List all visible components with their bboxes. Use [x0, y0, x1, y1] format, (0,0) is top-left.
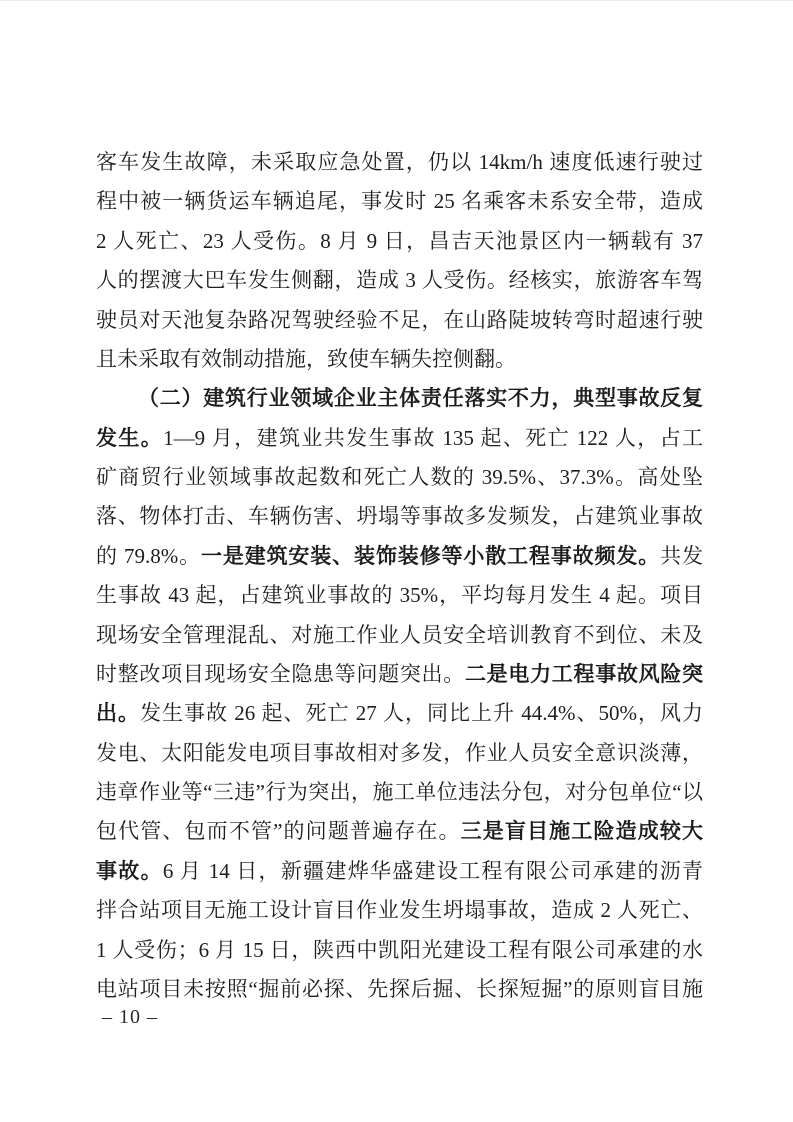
- text-run-hei: 二是电力工程事故风险突: [465, 663, 703, 686]
- text-line: 且未采取有效制动措施，致使车辆失控侧翻。: [96, 340, 703, 379]
- text-run: 1 人受伤；6 月 15 日，陕西中凯阳光建设工程有限公司承建的水: [96, 938, 703, 962]
- text-run: 生事故 43 起，占建筑业事故的 35%，平均每月发生 4 起。项目: [96, 583, 703, 607]
- text-line: 矿商贸行业领域事故起数和死亡人数的 39.5%、37.3%。高处坠: [96, 458, 703, 497]
- text-run-kai: 发生。: [96, 426, 163, 450]
- text-run: 电站项目未按照“掘前必探、先探后掘、长探短掘”的原则盲目施: [96, 977, 703, 1001]
- text-run: 的 79.8%。: [96, 544, 201, 568]
- text-line: 程中被一辆货运车辆追尾，事发时 25 名乘客未系安全带，造成: [96, 182, 703, 221]
- text-run-hei: 三是盲目施工险造成较大: [461, 820, 703, 843]
- text-run-kai: （二）建筑行业领域企业主体责任落实不力，典型事故反复: [138, 386, 703, 410]
- text-line: 拌合站项目无施工设计盲目作业发生坍塌事故，造成 2 人死亡、: [96, 891, 703, 930]
- text-line: 客车发生故障，未采取应急处置，仍以 14km/h 速度低速行驶过: [96, 143, 703, 182]
- text-run: 违章作业等“三违”行为突出，施工单位违法分包，对分包单位“以: [96, 780, 703, 804]
- text-run-hei: 出。: [96, 702, 140, 725]
- text-line: 1 人受伤；6 月 15 日，陕西中凯阳光建设工程有限公司承建的水: [96, 931, 703, 970]
- text-line: 发生。1—9 月，建筑业共发生事故 135 起、死亡 122 人，占工: [96, 419, 703, 458]
- document-body: 客车发生故障，未采取应急处置，仍以 14km/h 速度低速行驶过程中被一辆货运车…: [96, 143, 703, 1009]
- text-run: 人的摆渡大巴车发生侧翻，造成 3 人受伤。经核实，旅游客车驾: [96, 268, 703, 292]
- text-line: 电站项目未按照“掘前必探、先探后掘、长探短掘”的原则盲目施: [96, 970, 703, 1009]
- text-run: 共发: [660, 544, 703, 568]
- text-run-hei: 事故。: [96, 860, 163, 883]
- document-page: 客车发生故障，未采取应急处置，仍以 14km/h 速度低速行驶过程中被一辆货运车…: [0, 0, 793, 1122]
- text-run: 客车发生故障，未采取应急处置，仍以 14km/h 速度低速行驶过: [96, 150, 703, 174]
- text-line: 的 79.8%。一是建筑安装、装饰装修等小散工程事故频发。共发: [96, 537, 703, 576]
- text-line: 落、物体打击、车辆伤害、坍塌等事故多发频发，占建筑业事故: [96, 497, 703, 536]
- text-run: 2 人死亡、23 人受伤。8 月 9 日，昌吉天池景区内一辆载有 37: [96, 229, 703, 253]
- text-run: 程中被一辆货运车辆追尾，事发时 25 名乘客未系安全带，造成: [96, 189, 703, 213]
- text-line: 驶员对天池复杂路况驾驶经验不足，在山路陡坡转弯时超速行驶: [96, 301, 703, 340]
- text-run: 拌合站项目无施工设计盲目作业发生坍塌事故，造成 2 人死亡、: [96, 898, 703, 922]
- text-run: 包代管、包而不管”的问题普遍存在。: [96, 819, 461, 843]
- text-run: 矿商贸行业领域事故起数和死亡人数的 39.5%、37.3%。高处坠: [96, 465, 703, 489]
- text-line: 事故。6 月 14 日，新疆建烨华盛建设工程有限公司承建的沥青: [96, 852, 703, 891]
- text-line: 2 人死亡、23 人受伤。8 月 9 日，昌吉天池景区内一辆载有 37: [96, 222, 703, 261]
- text-run: 发生事故 26 起、死亡 27 人，同比上升 44.4%、50%，风力: [140, 701, 703, 725]
- text-run: 现场安全管理混乱、对施工作业人员安全培训教育不到位、未及: [96, 623, 703, 647]
- text-run: 时整改项目现场安全隐患等问题突出。: [96, 662, 465, 686]
- text-line: 人的摆渡大巴车发生侧翻，造成 3 人受伤。经核实，旅游客车驾: [96, 261, 703, 300]
- text-run: 发电、太阳能发电项目事故相对多发，作业人员安全意识淡薄，: [96, 741, 703, 765]
- text-line: （二）建筑行业领域企业主体责任落实不力，典型事故反复: [96, 379, 703, 418]
- text-line: 出。发生事故 26 起、死亡 27 人，同比上升 44.4%、50%，风力: [96, 694, 703, 733]
- text-line: 生事故 43 起，占建筑业事故的 35%，平均每月发生 4 起。项目: [96, 576, 703, 615]
- text-run: 驶员对天池复杂路况驾驶经验不足，在山路陡坡转弯时超速行驶: [96, 308, 703, 332]
- text-run: 且未采取有效制动措施，致使车辆失控侧翻。: [96, 347, 516, 371]
- text-line: 发电、太阳能发电项目事故相对多发，作业人员安全意识淡薄，: [96, 734, 703, 773]
- text-line: 包代管、包而不管”的问题普遍存在。三是盲目施工险造成较大: [96, 812, 703, 851]
- page-number: – 10 –: [102, 1002, 158, 1032]
- text-run: 6 月 14 日，新疆建烨华盛建设工程有限公司承建的沥青: [163, 859, 703, 883]
- text-run-hei: 一是建筑安装、装饰装修等小散工程事故频发。: [201, 545, 660, 568]
- text-run: 1—9 月，建筑业共发生事故 135 起、死亡 122 人，占工: [163, 426, 703, 450]
- text-line: 现场安全管理混乱、对施工作业人员安全培训教育不到位、未及: [96, 616, 703, 655]
- text-line: 时整改项目现场安全隐患等问题突出。二是电力工程事故风险突: [96, 655, 703, 694]
- text-run: 落、物体打击、车辆伤害、坍塌等事故多发频发，占建筑业事故: [96, 504, 703, 528]
- text-line: 违章作业等“三违”行为突出，施工单位违法分包，对分包单位“以: [96, 773, 703, 812]
